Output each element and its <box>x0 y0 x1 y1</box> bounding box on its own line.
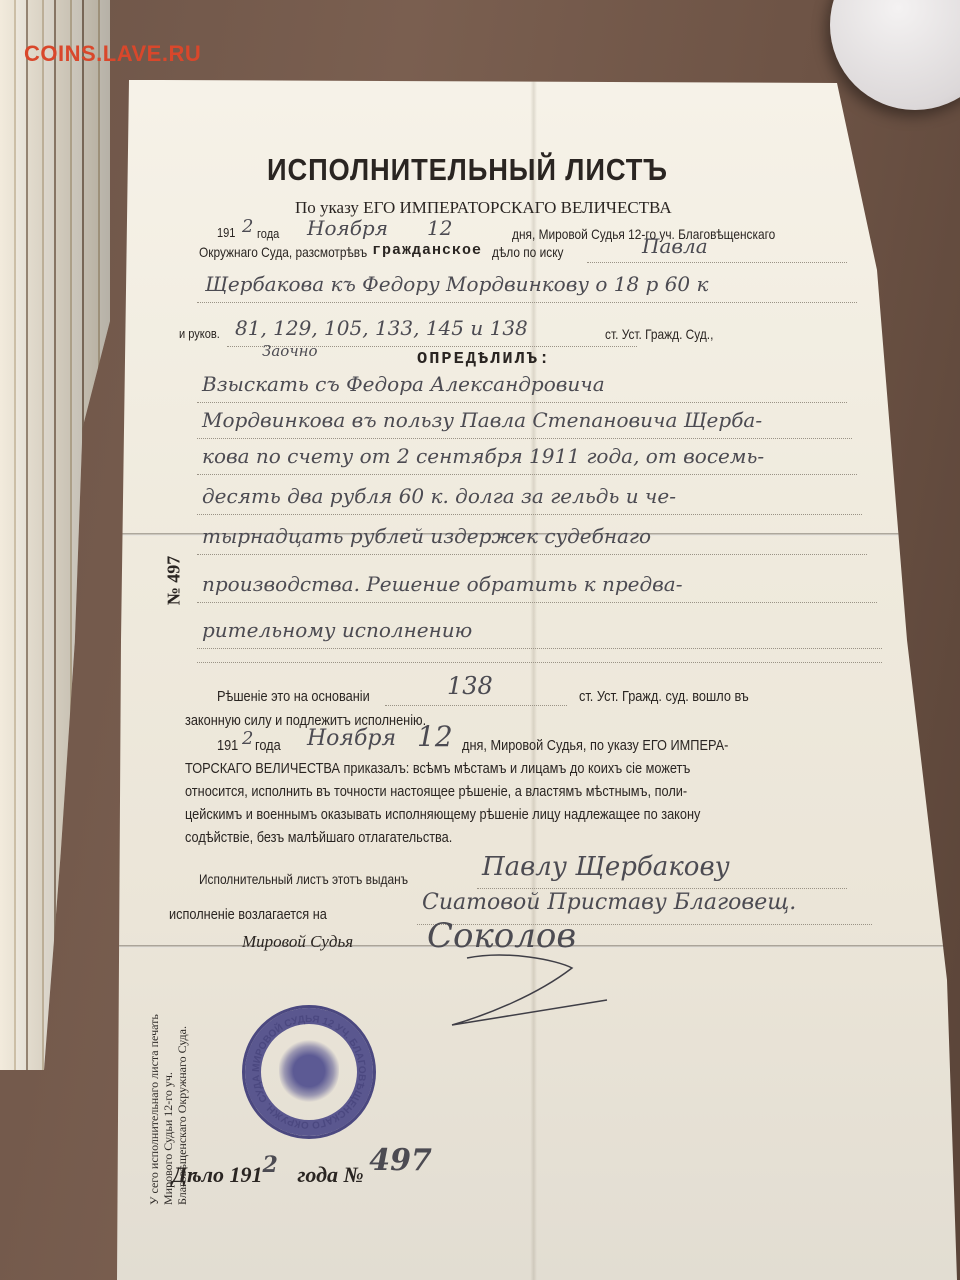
case-label-b: года № <box>297 1162 363 1187</box>
order-line2: ТОРСКАГО ВЕЛИЧЕСТВА приказалъ: всѣмъ мѣс… <box>185 760 690 777</box>
signature-flourish-icon <box>447 940 667 1030</box>
decree-line: десять два рубля 60 к. долга за гельдь и… <box>202 484 676 508</box>
white-bowl <box>830 0 960 110</box>
judge-label: Мировой Судья <box>242 932 353 952</box>
header-year-hw: 2 <box>242 216 253 237</box>
case-number-line: Дѣло 1912 года № 497 <box>172 1155 432 1190</box>
order-day-hw: 12 <box>417 720 453 753</box>
case-type: гражданское <box>372 242 482 259</box>
document-title: ИСПОЛНИТЕЛЬНЫЙ ЛИСТЪ <box>267 152 668 188</box>
case-year-hw: 2 <box>263 1152 278 1178</box>
header-year-prefix: 191 <box>217 225 235 240</box>
issued-value-hw: Павлу Щербакову <box>482 852 730 882</box>
seal-ring-text: МИРОВОЙ СУДЬЯ 12 УЧ. БЛАГОВѢЩЕНСКАГО ОКР… <box>245 1008 373 1136</box>
svg-text:МИРОВОЙ СУДЬЯ 12 УЧ. БЛАГОВѢЩЕ: МИРОВОЙ СУДЬЯ 12 УЧ. БЛАГОВѢЩЕНСКАГО ОКР… <box>251 1014 367 1130</box>
plaintiff-hw-a: Павла <box>642 234 708 258</box>
decree-line: Мордвинкова въ пользу Павла Степановича … <box>202 408 762 432</box>
order-line1-rest: дня, Мировой Судья, по указу ЕГО ИМПЕРА- <box>462 737 728 754</box>
margin-case-number: № 497 <box>163 556 184 606</box>
document-sheet: ИСПОЛНИТЕЛЬНЫЙ ЛИСТЪ По указу ЕГО ИМПЕРА… <box>117 80 957 1280</box>
order-year-label: года <box>255 737 281 754</box>
header-day-hw: 12 <box>427 216 452 240</box>
header-line2-rest: дѣло по иску <box>492 244 563 260</box>
zaochno-hw: Заочно <box>262 342 318 360</box>
decree-line: тырнадцать рублей издержек судебнаго <box>202 524 651 548</box>
articles-suffix: ст. Уст. Гражд. Суд., <box>605 326 713 342</box>
order-line5: содѣйствіе, безъ малѣйшаго отлагательств… <box>185 829 452 846</box>
execution-value-hw: Сиатовой Приставу Благовещ. <box>422 890 796 915</box>
articles-hw: 81, 129, 105, 133, 145 и 138 <box>235 316 528 340</box>
issued-label: Исполнительный листъ этотъ выданъ <box>199 871 408 887</box>
header-month-hw: Ноября <box>307 216 388 240</box>
court-seal: МИРОВОЙ СУДЬЯ 12 УЧ. БЛАГОВѢЩЕНСКАГО ОКР… <box>242 1005 376 1139</box>
order-year-prefix: 191 <box>217 737 238 754</box>
header-line2: Окружнаго Суда, разсмотрѣвъ <box>199 244 367 260</box>
finality-article-hw: 138 <box>447 672 493 700</box>
order-line3: относится, исполнить въ точности настоящ… <box>185 783 687 800</box>
finality-text-a: Рѣшеніе это на основаніи <box>217 688 370 705</box>
paper-stack <box>0 0 110 1070</box>
decree-line: производства. Решение обратить к предва- <box>202 572 683 596</box>
decree-line: кова по счету от 2 сентября 1911 года, о… <box>202 444 764 468</box>
decree-line: Взыскать съ Федора Александровича <box>202 372 605 396</box>
execution-label: исполненіе возлагается на <box>169 906 327 923</box>
order-month-hw: Ноября <box>307 726 396 751</box>
decree-line: рительному исполнению <box>202 618 472 642</box>
order-year-hw: 2 <box>242 728 253 749</box>
document-subtitle: По указу ЕГО ИМПЕРАТОРСКАГО ВЕЛИЧЕСТВА <box>295 198 672 218</box>
watermark: COINS.LAVE.RU <box>24 41 201 67</box>
case-number-hw: 497 <box>369 1143 432 1178</box>
header-year-label: года <box>257 226 279 241</box>
case-label-a: Дѣло 191 <box>172 1162 263 1187</box>
articles-label: и руков. <box>179 326 220 341</box>
finality-text-b: ст. Уст. Гражд. суд. вошло въ <box>579 688 749 705</box>
order-line4: цейскимъ и военнымъ оказывать исполняюще… <box>185 806 700 823</box>
plaintiff-hw-b: Щербакова къ Федору Мордвинкову о 18 р 6… <box>205 272 708 296</box>
decree-heading: ОПРЕДѢЛИЛЪ: <box>417 350 551 369</box>
